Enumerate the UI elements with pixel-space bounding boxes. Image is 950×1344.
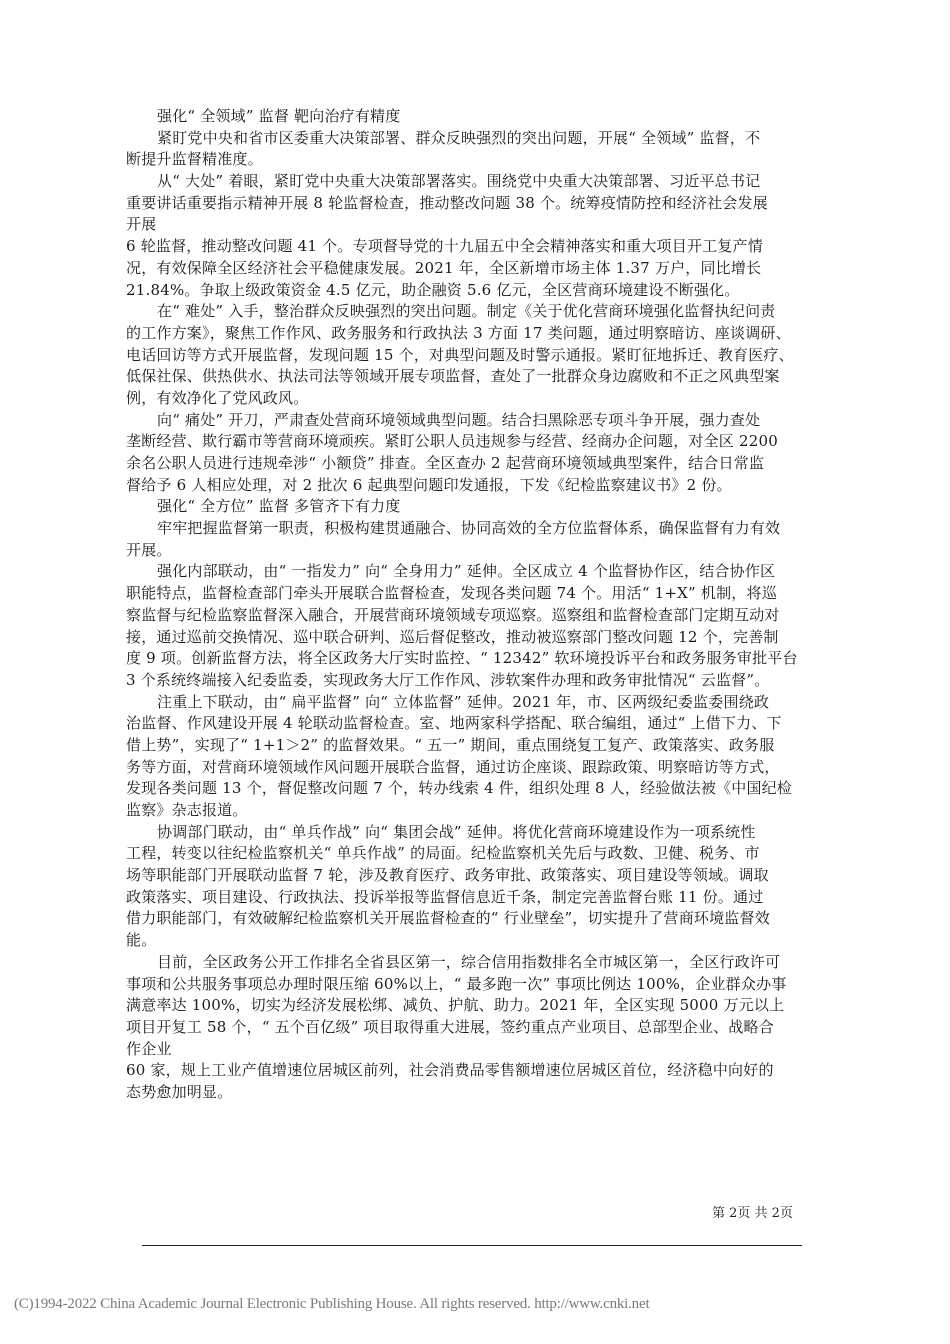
paragraph-line: 牢牢把握监督第一职责，积极构建贯通融合、协同高效的全方位监督体系，确保监督有力有… [126, 518, 816, 540]
copyright-notice: (C)1994-2022 China Academic Journal Elec… [14, 1296, 649, 1313]
paragraph-line: 在“ 难处” 入手，整治群众反映强烈的突出问题。制定《关于优化营商环境强化监督执… [126, 301, 816, 323]
paragraph-line: 电话回访等方式开展监督，发现问题 15 个，对典型问题及时警示通报。紧盯征地拆迁… [126, 345, 816, 367]
paragraph-line: 作企业 [126, 1039, 816, 1061]
paragraph-line: 注重上下联动，由“ 扁平监督” 向“ 立体监督” 延伸。2021 年，市、区两级… [126, 692, 816, 714]
paragraph-line: 的工作方案》，聚焦工作作风、政务服务和行政执法 3 方面 17 类问题，通过明察… [126, 323, 816, 345]
paragraph-line: 目前，全区政务公开工作排名全省县区第一，综合信用指数排名全市城区第一，全区行政许… [126, 952, 816, 974]
paragraph-line: 察监督与纪检监察监督深入融合，开展营商环境领域专项巡察。巡察组和监督检查部门定期… [126, 605, 816, 627]
paragraph-line: 向“ 痛处” 开刀，严肃查处营商环境领域典型问题。结合扫黑除恶专项斗争开展，强力… [126, 410, 816, 432]
footer-divider [142, 1245, 802, 1246]
paragraph-line: 开展。 [126, 540, 816, 562]
paragraph-line: 例，有效净化了党风政风。 [126, 388, 816, 410]
paragraph-line: 满意率达 100%，切实为经济发展松绑、减负、护航、助力。2021 年，全区实现… [126, 995, 816, 1017]
paragraph-line: 务等方面，对营商环境领域作风问题开展联合监督，通过访企座谈、跟踪政策、明察暗访等… [126, 757, 816, 779]
paragraph-line: 督给予 6 人相应处理，对 2 批次 6 起典型问题印发通报，下发《纪检监察建议… [126, 475, 816, 497]
paragraph-line: 余名公职人员进行违规牵涉“ 小额贷” 排查。全区查办 2 起营商环境领域典型案件… [126, 453, 816, 475]
paragraph-line: 紧盯党中央和省市区委重大决策部署、群众反映强烈的突出问题，开展“ 全领域” 监督… [126, 128, 816, 150]
paragraph-line: 借上势”，实现了“ 1+1＞2” 的监督效果。“ 五一” 期间，重点围绕复工复产… [126, 735, 816, 757]
paragraph-line: 借力职能部门，有效破解纪检监察机关开展监督检查的“ 行业壁垒”，切实提升了营商环… [126, 908, 816, 930]
section-heading: 强化“ 全方位” 监督 多管齐下有力度 [126, 496, 816, 518]
paragraph-line: 21.84%。争取上级政策资金 4.5 亿元，助企融资 5.6 亿元，全区营商环… [126, 280, 816, 302]
paragraph-line: 事项和公共服务事项总办理时限压缩 60%以上，“ 最多跑一次” 事项比例达 10… [126, 974, 816, 996]
paragraph-line: 政策落实、项目建设、行政执法、投诉举报等监督信息近千条，制定完善监督台账 11 … [126, 887, 816, 909]
paragraph-line: 能。 [126, 930, 816, 952]
section-heading: 强化“ 全领域” 监督 靶向治疗有精度 [126, 106, 816, 128]
paragraph-line: 6 轮监督，推动整改问题 41 个。专项督导党的十九届五中全会精神落实和重大项目… [126, 236, 816, 258]
paragraph-line: 3 个系统终端接入纪委监委，实现政务大厅工作作风、涉软案件办理和政务审批情况“ … [126, 670, 816, 692]
paragraph-line: 断提升监督精准度。 [126, 149, 816, 171]
paragraph-line: 监察》杂志报道。 [126, 800, 816, 822]
paragraph-line: 职能特点，监督检查部门牵头开展联合监督检查，发现各类问题 74 个。用活“ 1+… [126, 583, 816, 605]
paragraph-line: 态势愈加明显。 [126, 1082, 816, 1104]
paragraph-line: 工程，转变以往纪检监察机关“ 单兵作战” 的局面。纪检监察机关先后与政数、卫健、… [126, 843, 816, 865]
paragraph-line: 从“ 大处” 着眼，紧盯党中央重大决策部署落实。围绕党中央重大决策部署、习近平总… [126, 171, 816, 193]
paragraph-line: 低保社保、供热供水、执法司法等领域开展专项监督，查处了一批群众身边腐败和不正之风… [126, 366, 816, 388]
paragraph-line: 度 9 项。创新监督方法，将全区政务大厅实时监控、“ 12342” 软环境投诉平… [126, 648, 816, 670]
paragraph-line: 治监督、作风建设开展 4 轮联动监督检查。室、地两家科学搭配、联合编组，通过“ … [126, 713, 816, 735]
paragraph-line: 接，通过巡前交换情况、巡中联合研判、巡后督促整改，推动被巡察部门整改问题 12 … [126, 627, 816, 649]
paragraph-line: 垄断经营、欺行霸市等营商环境顽疾。紧盯公职人员违规参与经营、经商办企问题，对全区… [126, 431, 816, 453]
paragraph-line: 强化内部联动，由“ 一指发力” 向“ 全身用力” 延伸。全区成立 4 个监督协作… [126, 561, 816, 583]
paragraph-line: 发现各类问题 13 个，督促整改问题 7 个，转办线索 4 件，组织处理 8 人… [126, 778, 816, 800]
paragraph-line: 场等职能部门开展联动监督 7 轮，涉及教育医疗、政务审批、政策落实、项目建设等领… [126, 865, 816, 887]
paragraph-line: 项目开复工 58 个，“ 五个百亿级” 项目取得重大进展，签约重点产业项目、总部… [126, 1017, 816, 1039]
paragraph-line: 重要讲话重要指示精神开展 8 轮监督检查，推动整改问题 38 个。统筹疫情防控和… [126, 193, 816, 215]
paragraph-line: 协调部门联动，由“ 单兵作战” 向“ 集团会战” 延伸。将优化营商环境建设作为一… [126, 822, 816, 844]
page-indicator: 第 2页 共 2页 [712, 1202, 793, 1221]
paragraph-line: 60 家，规上工业产值增速位居城区前列，社会消费品零售额增速位居城区首位，经济稳… [126, 1060, 816, 1082]
paragraph-line: 况，有效保障全区经济社会平稳健康发展。2021 年，全区新增市场主体 1.37 … [126, 258, 816, 280]
paragraph-line: 开展 [126, 214, 816, 236]
document-body: 强化“ 全领域” 监督 靶向治疗有精度紧盯党中央和省市区委重大决策部署、群众反映… [126, 106, 816, 1104]
